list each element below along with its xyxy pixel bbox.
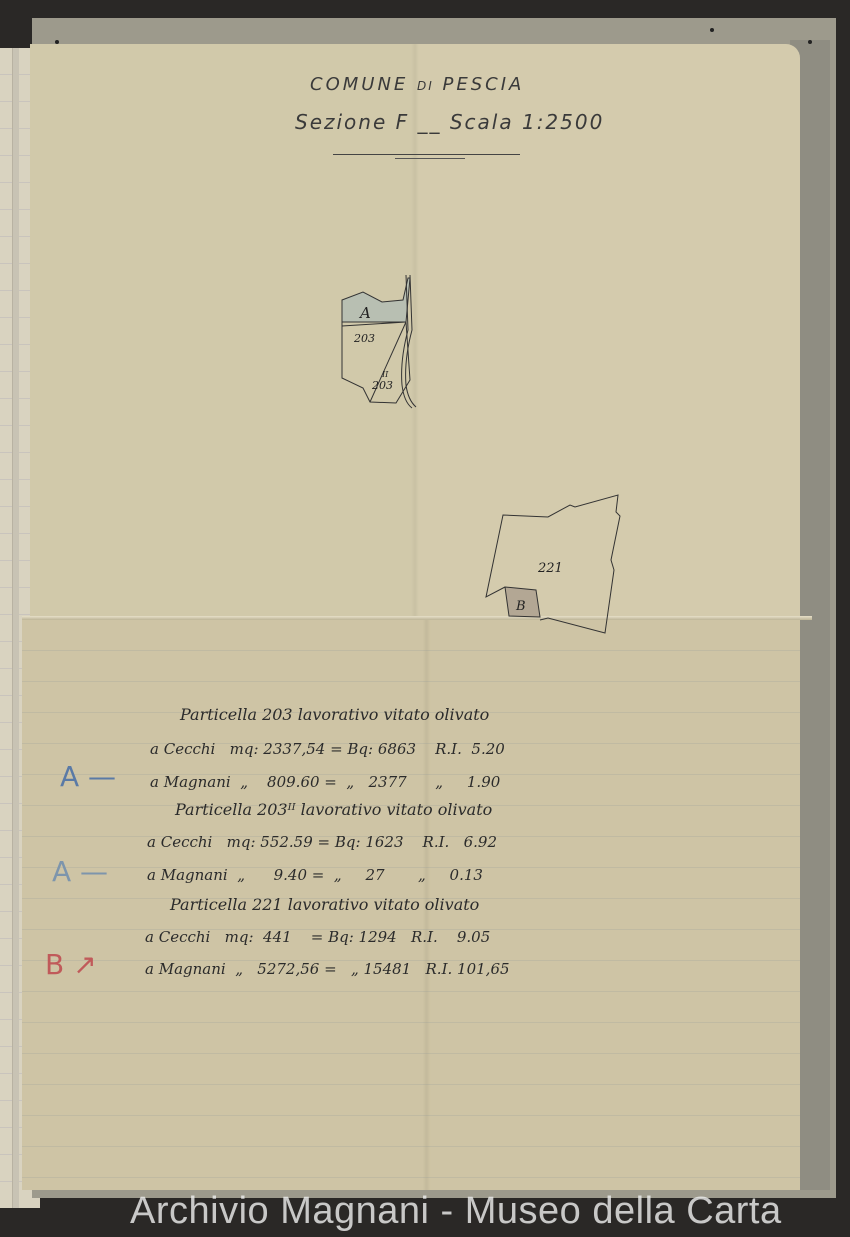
parcel-203-map: A 203 II 203 [330,270,430,420]
title-underline-double [395,158,465,159]
entry-row: a Magnani „ 9.40 = „ 27 „ 0.13 [147,866,483,884]
marker-a: A — [60,760,116,793]
section-scale: Sezione F __ Scala 1:2500 [295,110,604,134]
marker-a: A — [52,855,108,888]
entry-row: a Magnani „ 5272,56 = „ 15481 R.I. 101,6… [145,960,510,978]
entry-heading: Particella 203 lavorativo vitato olivato [180,705,489,724]
pin-hole [55,40,59,44]
entry-heading: Particella 203ᴵᴵ lavorativo vitato oliva… [175,800,492,819]
pin-hole [710,28,714,32]
entry-row: a Cecchi mq: 441 = Bq: 1294 R.I. 9.05 [145,928,490,946]
parcel-221-map: 221 B [470,480,640,650]
parcel-203-number: 203 [353,332,375,345]
parcel-b-label: B [515,599,526,614]
title-di: DI [417,79,434,93]
notebook-edge [12,48,19,1208]
parcel-203-sub-number: 203 [371,379,393,392]
fold-line [22,616,812,620]
pin-hole [808,40,812,44]
title-underline [333,154,520,155]
parcel-221-number: 221 [537,561,563,576]
document-title: COMUNE DI PESCIA [310,74,524,95]
entry-row: a Cecchi mq: 552.59 = Bq: 1623 R.I. 6.92 [147,833,497,851]
parcel-a-label: A [358,304,371,322]
title-comune: COMUNE [310,74,408,95]
entry-row: a Magnani „ 809.60 = „ 2377 „ 1.90 [150,773,500,791]
archive-watermark: Archivio Magnani - Museo della Carta [130,1190,782,1233]
parcel-203-sub-label: II [381,370,389,379]
title-pescia: PESCIA [443,74,525,95]
entry-row: a Cecchi mq: 2337,54 = Bq: 6863 R.I. 5.2… [150,740,505,758]
entry-heading: Particella 221 lavorativo vitato olivato [170,895,479,914]
marker-b: B ↗ [45,948,97,981]
